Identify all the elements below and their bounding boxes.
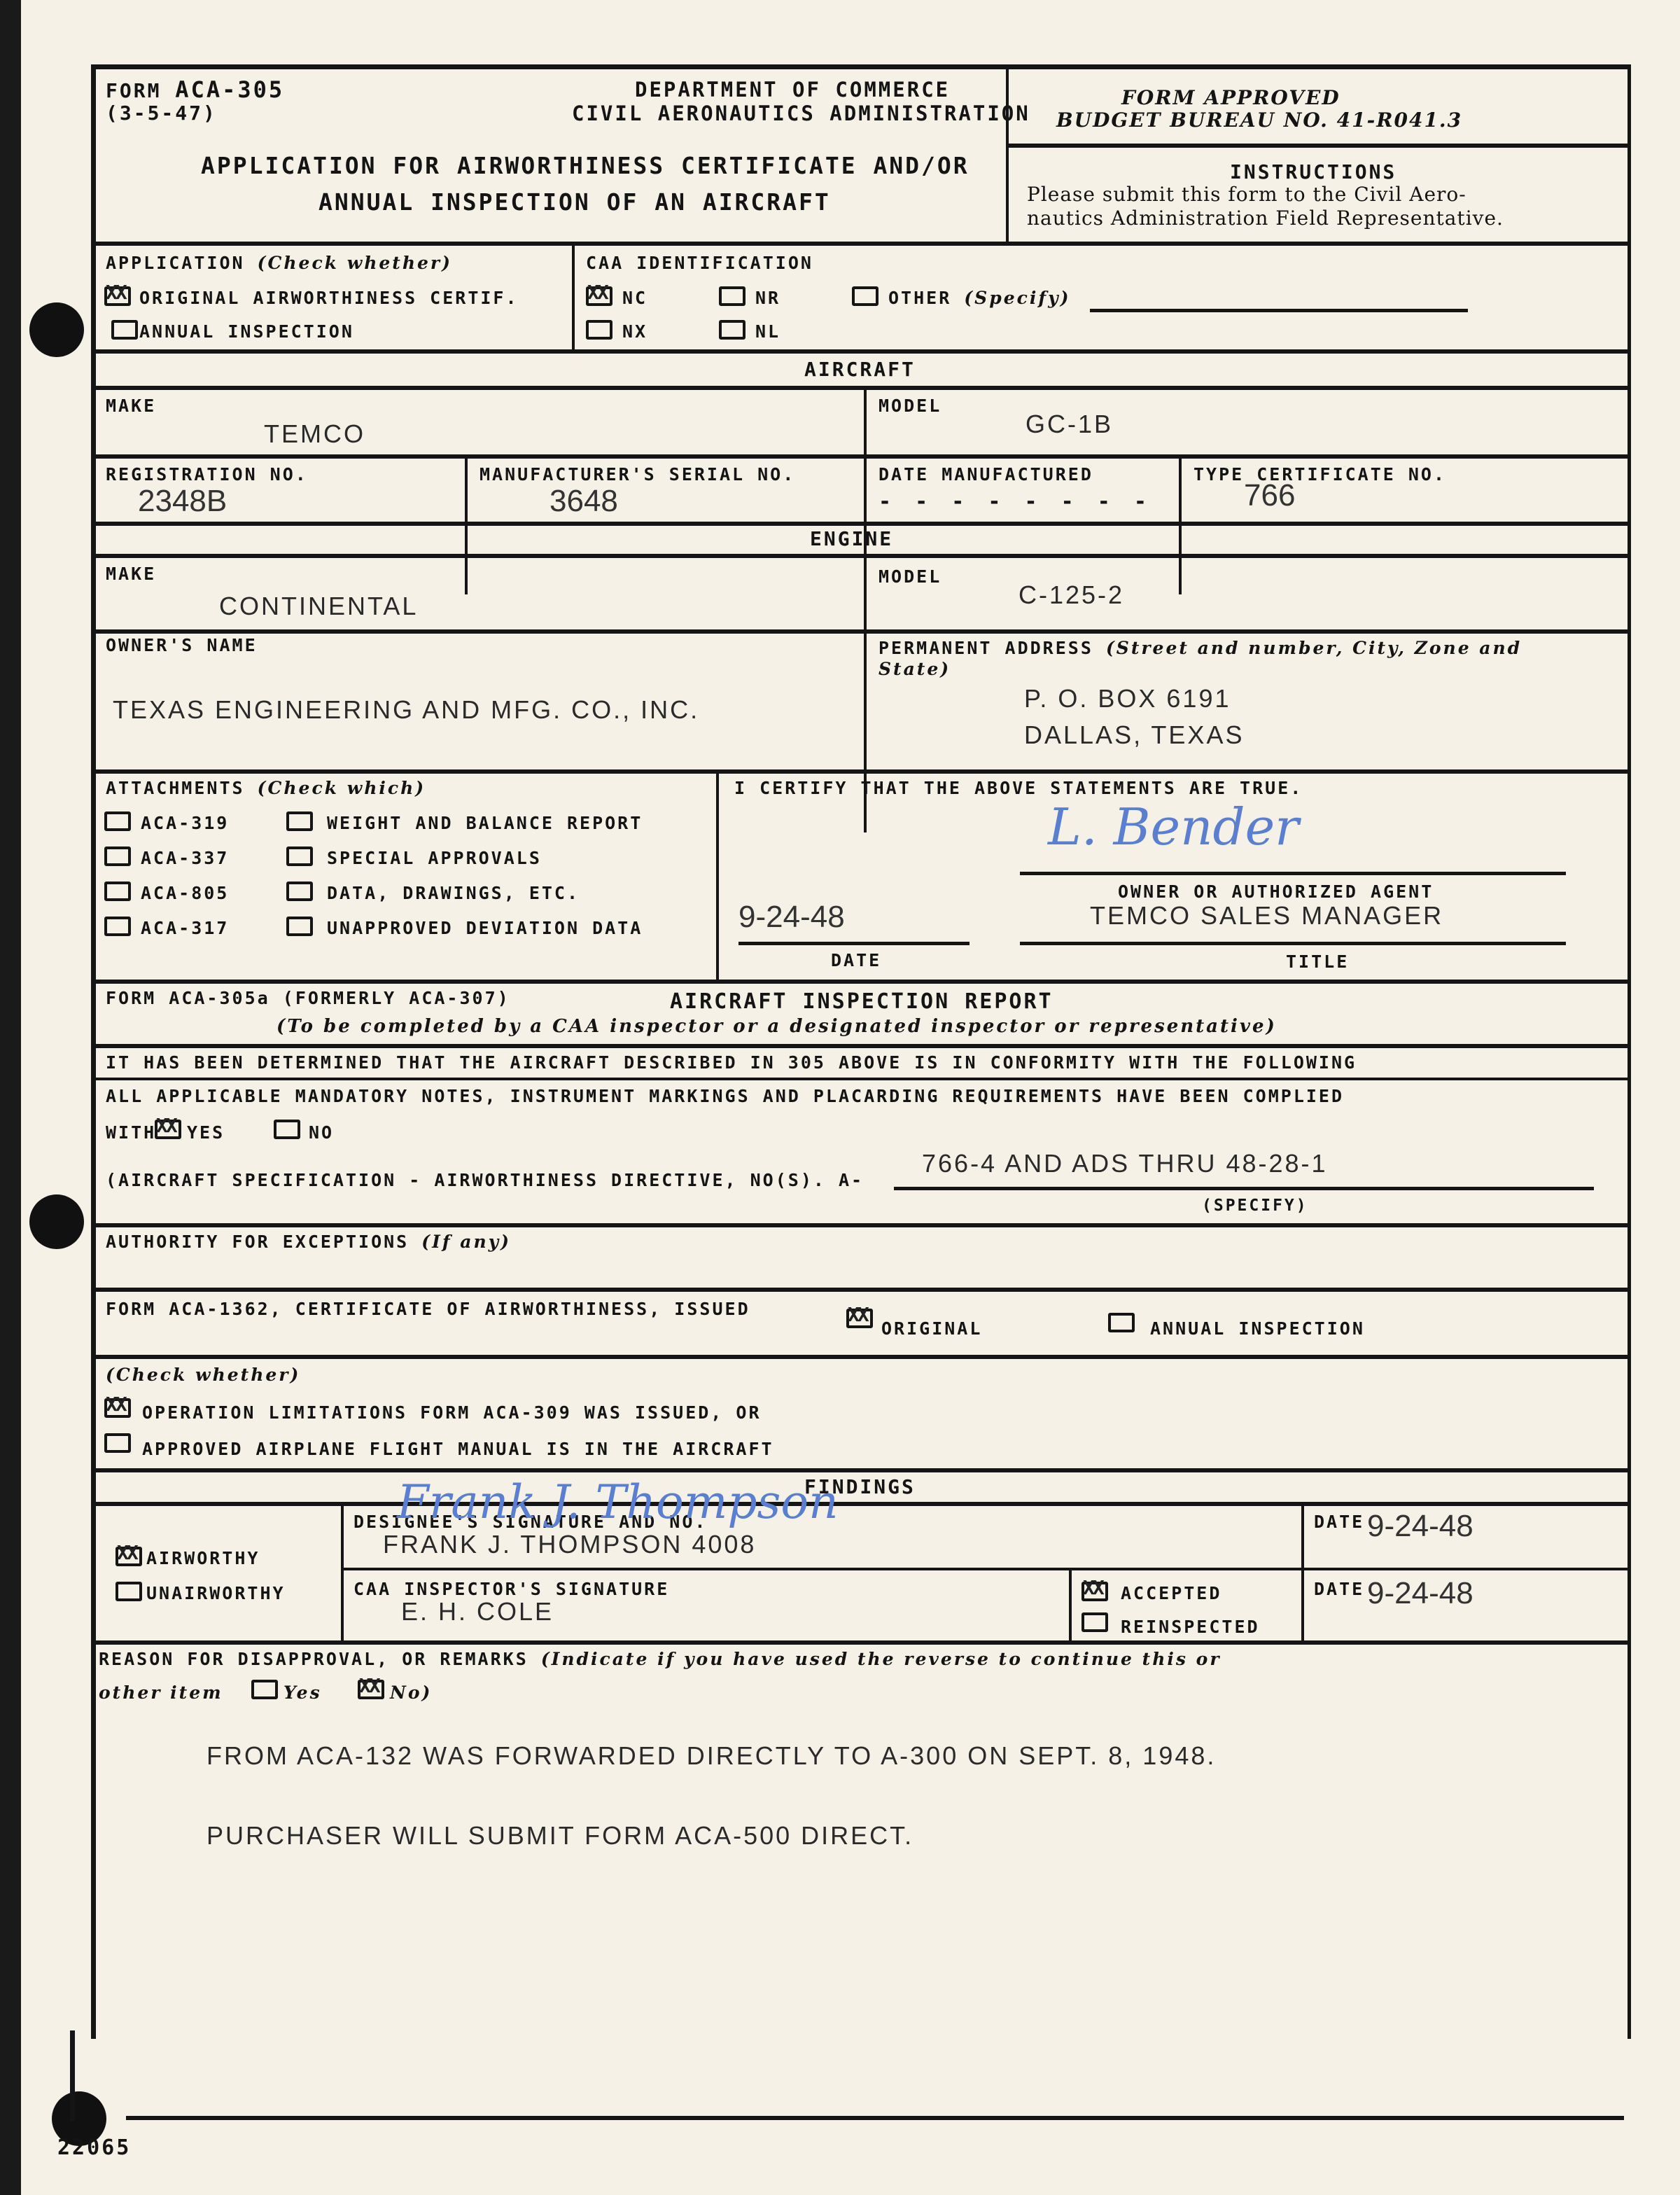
unapproved-deviation-checkbox[interactable] — [286, 917, 313, 936]
engine-make-value[interactable]: CONTINENTAL — [219, 592, 418, 621]
nr-checkbox[interactable] — [719, 286, 745, 306]
certification-date-caption: DATE — [831, 950, 881, 970]
aircraft-model-label: MODEL — [878, 396, 941, 416]
nl-label: NL — [755, 321, 780, 342]
original-airworthiness-checkbox[interactable] — [104, 286, 131, 306]
exceptions-label: AUTHORITY FOR EXCEPTIONS (If any) — [106, 1232, 511, 1252]
certificate-original-checkbox[interactable] — [846, 1309, 873, 1328]
owner-signature[interactable]: L. Bender — [1048, 797, 1299, 856]
instructions-line1: Please submit this form to the Civil Aer… — [1027, 183, 1466, 206]
aircraft-make-label: MAKE — [106, 396, 156, 416]
punch-hole — [29, 302, 84, 357]
form-date: (3-5-47) — [106, 102, 217, 125]
owner-name-label: OWNER'S NAME — [106, 635, 258, 655]
spec-caption: (SPECIFY) — [1202, 1197, 1308, 1215]
owner-name-value[interactable]: TEXAS ENGINEERING AND MFG. CO., INC. — [113, 695, 699, 725]
aircraft-section-title: AIRCRAFT — [804, 358, 916, 381]
engine-section-title: ENGINE — [810, 527, 893, 550]
remarks-no-label: No) — [390, 1682, 432, 1703]
operation-limitations-checkbox[interactable] — [104, 1398, 131, 1418]
serial-value[interactable]: 3648 — [549, 484, 618, 519]
designee-date-label: DATE — [1314, 1512, 1364, 1532]
certification-date-value[interactable]: 9-24-48 — [738, 900, 845, 935]
inspection-form-number: FORM ACA-305a (FORMERLY ACA-307) — [106, 988, 510, 1008]
certification-title-caption: TITLE — [1286, 952, 1349, 972]
aca-805-checkbox[interactable] — [104, 882, 131, 901]
weight-balance-label: WEIGHT AND BALANCE REPORT — [327, 813, 643, 833]
special-approvals-checkbox[interactable] — [286, 846, 313, 866]
designee-name-value[interactable]: FRANK J. THOMPSON 4008 — [383, 1530, 756, 1559]
remarks-line1[interactable]: FROM ACA-132 WAS FORWARDED DIRECTLY TO A… — [206, 1741, 1216, 1771]
spec-label: (AIRCRAFT SPECIFICATION - AIRWORTHINESS … — [106, 1170, 864, 1190]
certificate-annual-checkbox[interactable] — [1108, 1313, 1135, 1332]
administration-name: CIVIL AERONAUTICS ADMINISTRATION — [572, 102, 1030, 125]
accepted-checkbox[interactable] — [1081, 1582, 1108, 1601]
unairworthy-checkbox[interactable] — [115, 1582, 142, 1601]
attachments-label: ATTACHMENTS (Check which) — [106, 778, 426, 798]
type-certificate-value[interactable]: 766 — [1244, 478, 1295, 513]
unairworthy-label: UNAIRWORTHY — [146, 1583, 286, 1603]
aircraft-model-value[interactable]: GC-1B — [1025, 410, 1113, 439]
form-number: FORM ACA-305 — [106, 76, 284, 103]
complied-yes-label: YES — [187, 1122, 225, 1143]
airworthy-label: AIRWORTHY — [146, 1548, 260, 1568]
address-label: PERMANENT ADDRESS (Street and number, Ci… — [878, 638, 1522, 658]
punch-hole — [29, 1194, 84, 1249]
nc-checkbox[interactable] — [586, 286, 612, 306]
approval-line1: FORM APPROVED — [1121, 86, 1340, 109]
remarks-line2[interactable]: PURCHASER WILL SUBMIT FORM ACA-500 DIREC… — [206, 1821, 913, 1851]
other-label: OTHER (Specify) — [888, 288, 1070, 308]
complied-with-label: WITH — [106, 1122, 156, 1143]
inspection-report-title: AIRCRAFT INSPECTION REPORT — [670, 989, 1053, 1014]
annual-inspection-label: ANNUAL INSPECTION — [139, 321, 354, 342]
check-whether-hint: (Check whether) — [106, 1365, 300, 1385]
form-title-line2: ANNUAL INSPECTION OF AN AIRCRAFT — [318, 188, 831, 216]
form-bottom-border — [126, 2116, 1624, 2120]
registration-value[interactable]: 2348B — [138, 484, 227, 519]
remarks-label: REASON FOR DISAPPROVAL, OR REMARKS (Indi… — [99, 1649, 1221, 1669]
conformity-statement: IT HAS BEEN DETERMINED THAT THE AIRCRAFT… — [106, 1052, 1357, 1073]
approval-line2: BUDGET BUREAU NO. 41-R041.3 — [1056, 109, 1462, 132]
spec-value[interactable]: 766-4 AND ADS THRU 48-28-1 — [922, 1149, 1328, 1178]
original-airworthiness-label: ORIGINAL AIRWORTHINESS CERTIF. — [139, 288, 519, 308]
remarks-no-checkbox[interactable] — [358, 1680, 384, 1699]
certificate-original-label: ORIGINAL — [881, 1318, 982, 1339]
inspection-report-subtitle: (To be completed by a CAA inspector or a… — [276, 1016, 1277, 1037]
address-hint: State) — [878, 659, 951, 679]
date-manufactured-value[interactable]: - - - - - - - - — [878, 489, 1152, 514]
special-approvals-label: SPECIAL APPROVALS — [327, 848, 542, 868]
complied-no-checkbox[interactable] — [274, 1120, 300, 1139]
reinspected-label: REINSPECTED — [1121, 1617, 1260, 1637]
data-drawings-label: DATA, DRAWINGS, ETC. — [327, 883, 580, 903]
inspector-signature-label: CAA INSPECTOR'S SIGNATURE — [353, 1579, 669, 1599]
engine-model-label: MODEL — [878, 566, 941, 587]
annual-inspection-checkbox[interactable] — [111, 320, 138, 340]
inspector-name-value[interactable]: E. H. COLE — [401, 1597, 554, 1626]
archive-number: 22065 — [57, 2135, 131, 2160]
caa-identification-label: CAA IDENTIFICATION — [586, 253, 813, 273]
aca-317-checkbox[interactable] — [104, 917, 131, 936]
nx-label: NX — [622, 321, 647, 342]
inspector-date-value[interactable]: 9-24-48 — [1367, 1576, 1473, 1611]
weight-balance-checkbox[interactable] — [286, 811, 313, 831]
other-specify-field[interactable] — [1090, 309, 1468, 312]
flight-manual-label: APPROVED AIRPLANE FLIGHT MANUAL IS IN TH… — [142, 1439, 774, 1459]
nc-label: NC — [622, 288, 647, 308]
engine-model-value[interactable]: C-125-2 — [1018, 580, 1124, 610]
remarks-yes-checkbox[interactable] — [251, 1680, 278, 1699]
certificate-issued-label: FORM ACA-1362, CERTIFICATE OF AIRWORTHIN… — [106, 1299, 750, 1319]
certificate-annual-label: ANNUAL INSPECTION — [1150, 1318, 1365, 1339]
accepted-label: ACCEPTED — [1121, 1583, 1221, 1603]
registration-label: REGISTRATION NO. — [106, 464, 308, 485]
mandatory-statement: ALL APPLICABLE MANDATORY NOTES, INSTRUME… — [106, 1086, 1344, 1106]
form-title-line1: APPLICATION FOR AIRWORTHINESS CERTIFICAT… — [201, 152, 969, 179]
serial-label: MANUFACTURER'S SERIAL NO. — [479, 464, 795, 485]
application-label: APPLICATION (Check whether) — [106, 253, 452, 273]
nl-checkbox[interactable] — [719, 320, 745, 340]
aca-805-label: ACA-805 — [141, 883, 229, 903]
aca-337-checkbox[interactable] — [104, 846, 131, 866]
other-checkbox[interactable] — [852, 286, 878, 306]
form-frame: FORM ACA-305 (3-5-47) DEPARTMENT OF COMM… — [91, 64, 1631, 2039]
type-certificate-label: TYPE CERTIFICATE NO. — [1193, 464, 1446, 485]
owner-signature-caption: OWNER OR AUTHORIZED AGENT — [1118, 882, 1434, 902]
address-line1[interactable]: P. O. BOX 6191 — [1024, 684, 1231, 713]
airworthy-checkbox[interactable] — [115, 1547, 142, 1566]
aca-317-label: ACA-317 — [141, 918, 229, 938]
flight-manual-checkbox[interactable] — [104, 1433, 131, 1453]
aca-337-label: ACA-337 — [141, 848, 229, 868]
instructions-line2: nautics Administration Field Representat… — [1027, 207, 1504, 230]
instructions-title: INSTRUCTIONS — [1230, 160, 1396, 183]
certification-title-value[interactable]: TEMCO SALES MANAGER — [1090, 901, 1443, 931]
engine-make-label: MAKE — [106, 564, 156, 584]
department-name: DEPARTMENT OF COMMERCE — [635, 78, 950, 102]
nr-label: NR — [755, 288, 780, 308]
nx-checkbox[interactable] — [586, 320, 612, 340]
aca-319-checkbox[interactable] — [104, 811, 131, 831]
data-drawings-checkbox[interactable] — [286, 882, 313, 901]
unapproved-deviation-label: UNAPPROVED DEVIATION DATA — [327, 918, 643, 938]
designee-date-value[interactable]: 9-24-48 — [1367, 1509, 1473, 1544]
reinspected-checkbox[interactable] — [1081, 1612, 1108, 1632]
complied-no-label: NO — [309, 1122, 334, 1143]
remarks-yes-label: Yes — [283, 1682, 322, 1703]
complied-yes-checkbox[interactable] — [155, 1120, 181, 1139]
date-manufactured-label: DATE MANUFACTURED — [878, 464, 1093, 485]
aircraft-make-value[interactable]: TEMCO — [264, 419, 365, 449]
certification-statement: I CERTIFY THAT THE ABOVE STATEMENTS ARE … — [734, 778, 1303, 798]
aca-319-label: ACA-319 — [141, 813, 229, 833]
designee-signature[interactable]: Frank J. Thompson — [397, 1475, 839, 1529]
address-line2[interactable]: DALLAS, TEXAS — [1024, 720, 1244, 750]
inspector-date-label: DATE — [1314, 1579, 1364, 1599]
remarks-other-item-label: other item — [99, 1682, 223, 1703]
document-page: FORM ACA-305 (3-5-47) DEPARTMENT OF COMM… — [21, 0, 1680, 2195]
operation-limitations-label: OPERATION LIMITATIONS FORM ACA-309 WAS I… — [142, 1402, 762, 1423]
